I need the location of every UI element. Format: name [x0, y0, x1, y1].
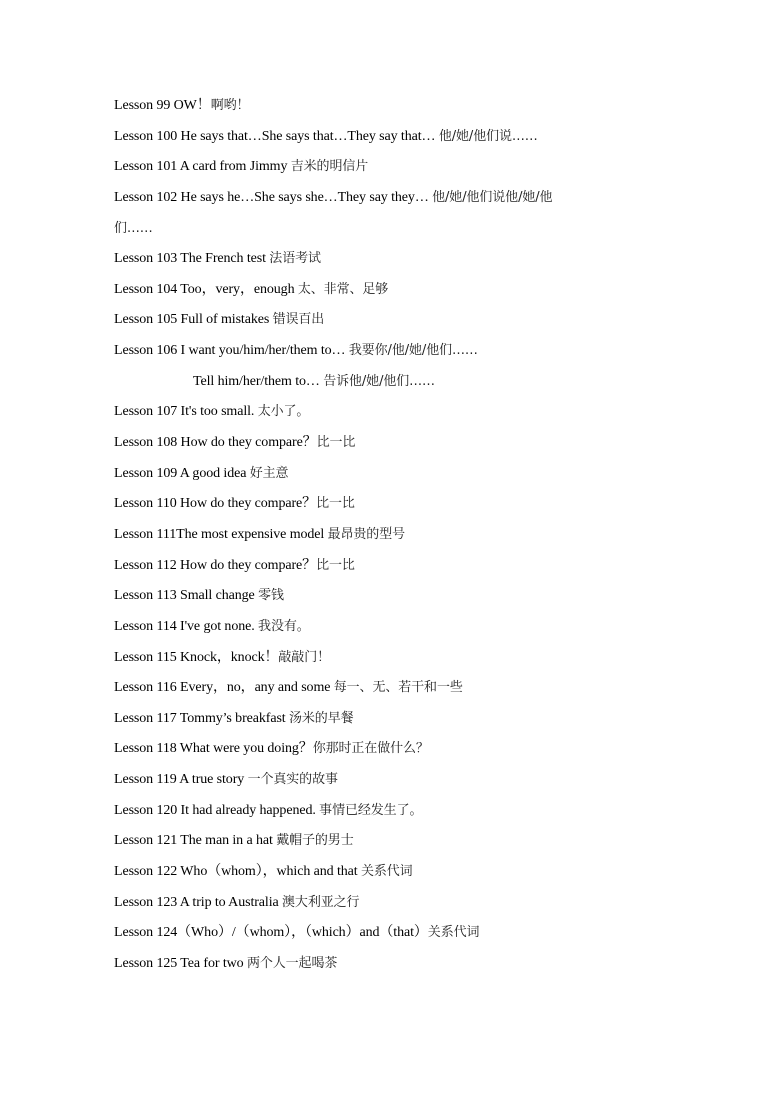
lesson-title-en: Lesson 118 What were you doing？	[114, 741, 313, 756]
lesson-106-subline: Tell him/her/them to… 告诉他/她/他们……	[114, 371, 654, 402]
lesson-title-en: Lesson 120 It had already happened.	[114, 803, 319, 818]
lesson-title-en: Lesson 113 Small change	[114, 588, 258, 603]
lesson-title-en: Lesson 124（Who）/（whom），（which）and（that）	[114, 925, 428, 940]
lesson-123: Lesson 123 A trip to Australia 澳大利亚之行	[114, 892, 654, 923]
lesson-112: Lesson 112 How do they compare？比一比	[114, 555, 654, 586]
lesson-title-cn: 比一比	[317, 435, 356, 450]
lesson-title-cn: 法语考试	[269, 251, 321, 266]
lesson-title-en: Lesson 103 The French test	[114, 251, 269, 266]
lesson-title-en: Lesson 117 Tommy’s breakfast	[114, 711, 289, 726]
lesson-125: Lesson 125 Tea for two 两个人一起喝茶	[114, 953, 654, 984]
lesson-113: Lesson 113 Small change 零钱	[114, 585, 654, 616]
lesson-title-cn: 事情已经发生了。	[319, 803, 422, 818]
lesson-title-en: Lesson 107 It's too small.	[114, 404, 258, 419]
lesson-title-cn: 他/她/他们说他/她/他	[432, 190, 552, 205]
lesson-120: Lesson 120 It had already happened. 事情已经…	[114, 800, 654, 831]
lesson-title-en: Lesson 102 He says he…She says she…They …	[114, 190, 432, 205]
lesson-title-en: Lesson 119 A true story	[114, 772, 248, 787]
lesson-title-cn: 一个真实的故事	[248, 772, 338, 787]
lesson-108: Lesson 108 How do they compare？比一比	[114, 432, 654, 463]
lesson-116: Lesson 116 Every，no，any and some 每一、无、若干…	[114, 677, 654, 708]
lesson-title-cn: 比一比	[316, 558, 355, 573]
lesson-title-en: Lesson 106 I want you/him/her/them to…	[114, 343, 349, 358]
lesson-title-en: Lesson 111The most expensive model	[114, 527, 328, 542]
lesson-title-cn: 敲敲门！	[278, 650, 330, 665]
lesson-106: Lesson 106 I want you/him/her/them to… 我…	[114, 340, 654, 371]
lesson-124: Lesson 124（Who）/（whom），（which）and（that）关…	[114, 922, 654, 953]
lesson-title-en: Lesson 105 Full of mistakes	[114, 312, 273, 327]
lesson-101: Lesson 101 A card from Jimmy 吉米的明信片	[114, 156, 654, 187]
lesson-114: Lesson 114 I've got none. 我没有。	[114, 616, 654, 647]
lesson-117: Lesson 117 Tommy’s breakfast 汤米的早餐	[114, 708, 654, 739]
lesson-title-en: Lesson 110 How do they compare？	[114, 496, 316, 511]
lesson-title-cn: 关系代词	[428, 925, 480, 940]
lesson-title-en: Lesson 116 Every，no，any and some	[114, 680, 334, 695]
lesson-title-en: Lesson 115 Knock，knock！	[114, 650, 278, 665]
lesson-title-cn: 戴帽子的男士	[276, 833, 353, 848]
lesson-111: Lesson 111The most expensive model 最昂贵的型…	[114, 524, 654, 555]
lesson-title-cn: 比一比	[316, 496, 355, 511]
lesson-115: Lesson 115 Knock，knock！敲敲门！	[114, 647, 654, 678]
lesson-107: Lesson 107 It's too small. 太小了。	[114, 401, 654, 432]
lesson-118: Lesson 118 What were you doing？你那时正在做什么？	[114, 738, 654, 769]
lesson-title-en: Lesson 121 The man in a hat	[114, 833, 276, 848]
lesson-102: Lesson 102 He says he…She says she…They …	[114, 187, 654, 218]
lesson-109: Lesson 109 A good idea 好主意	[114, 463, 654, 494]
lesson-119: Lesson 119 A true story 一个真实的故事	[114, 769, 654, 800]
lesson-title-cn: 每一、无、若干和一些	[334, 680, 463, 695]
lesson-title-cn: 啊哟！	[211, 98, 250, 113]
lesson-title-en: Lesson 99 OW！	[114, 98, 211, 113]
lesson-title-cn: 两个人一起喝茶	[247, 956, 337, 971]
lesson-title-cn: 告诉他/她/他们……	[323, 374, 435, 389]
lesson-title-cn: 最昂贵的型号	[328, 527, 405, 542]
lesson-title-cn: 零钱	[258, 588, 284, 603]
lesson-121: Lesson 121 The man in a hat 戴帽子的男士	[114, 830, 654, 861]
lesson-title-cn: 们……	[114, 221, 153, 236]
lesson-title-en: Lesson 123 A trip to Australia	[114, 895, 282, 910]
lesson-title-cn: 澳大利亚之行	[282, 895, 359, 910]
lesson-title-cn: 你那时正在做什么？	[313, 741, 429, 756]
lesson-title-cn: 关系代词	[361, 864, 413, 879]
lesson-title-cn: 好主意	[250, 466, 289, 481]
lesson-title-en: Tell him/her/them to…	[193, 374, 323, 389]
lesson-title-en: Lesson 104 Too，very，enough	[114, 282, 298, 297]
lesson-list: Lesson 99 OW！啊哟！ Lesson 100 He says that…	[114, 95, 654, 984]
lesson-title-cn: 太小了。	[258, 404, 310, 419]
lesson-title-en: Lesson 114 I've got none.	[114, 619, 258, 634]
lesson-122: Lesson 122 Who（whom），which and that 关系代词	[114, 861, 654, 892]
lesson-104: Lesson 104 Too，very，enough 太、非常、足够	[114, 279, 654, 310]
lesson-103: Lesson 103 The French test 法语考试	[114, 248, 654, 279]
lesson-title-cn: 错误百出	[273, 312, 325, 327]
lesson-100: Lesson 100 He says that…She says that…Th…	[114, 126, 654, 157]
lesson-title-en: Lesson 122 Who（whom），which and that	[114, 864, 361, 879]
lesson-title-en: Lesson 109 A good idea	[114, 466, 250, 481]
lesson-99: Lesson 99 OW！啊哟！	[114, 95, 654, 126]
lesson-title-en: Lesson 125 Tea for two	[114, 956, 247, 971]
lesson-title-en: Lesson 112 How do they compare？	[114, 558, 316, 573]
lesson-title-en: Lesson 101 A card from Jimmy	[114, 159, 291, 174]
lesson-title-cn: 我要你/他/她/他们……	[349, 343, 478, 358]
lesson-title-cn: 我没有。	[258, 619, 310, 634]
lesson-title-en: Lesson 108 How do they compare？	[114, 435, 317, 450]
lesson-title-cn: 太、非常、足够	[298, 282, 388, 297]
lesson-110: Lesson 110 How do they compare？比一比	[114, 493, 654, 524]
lesson-105: Lesson 105 Full of mistakes 错误百出	[114, 309, 654, 340]
lesson-title-en: Lesson 100 He says that…She says that…Th…	[114, 129, 439, 144]
lesson-title-cn: 吉米的明信片	[291, 159, 368, 174]
lesson-title-cn: 汤米的早餐	[289, 711, 354, 726]
lesson-102-continued: 们……	[114, 218, 654, 249]
lesson-title-cn: 他/她/他们说……	[439, 129, 538, 144]
